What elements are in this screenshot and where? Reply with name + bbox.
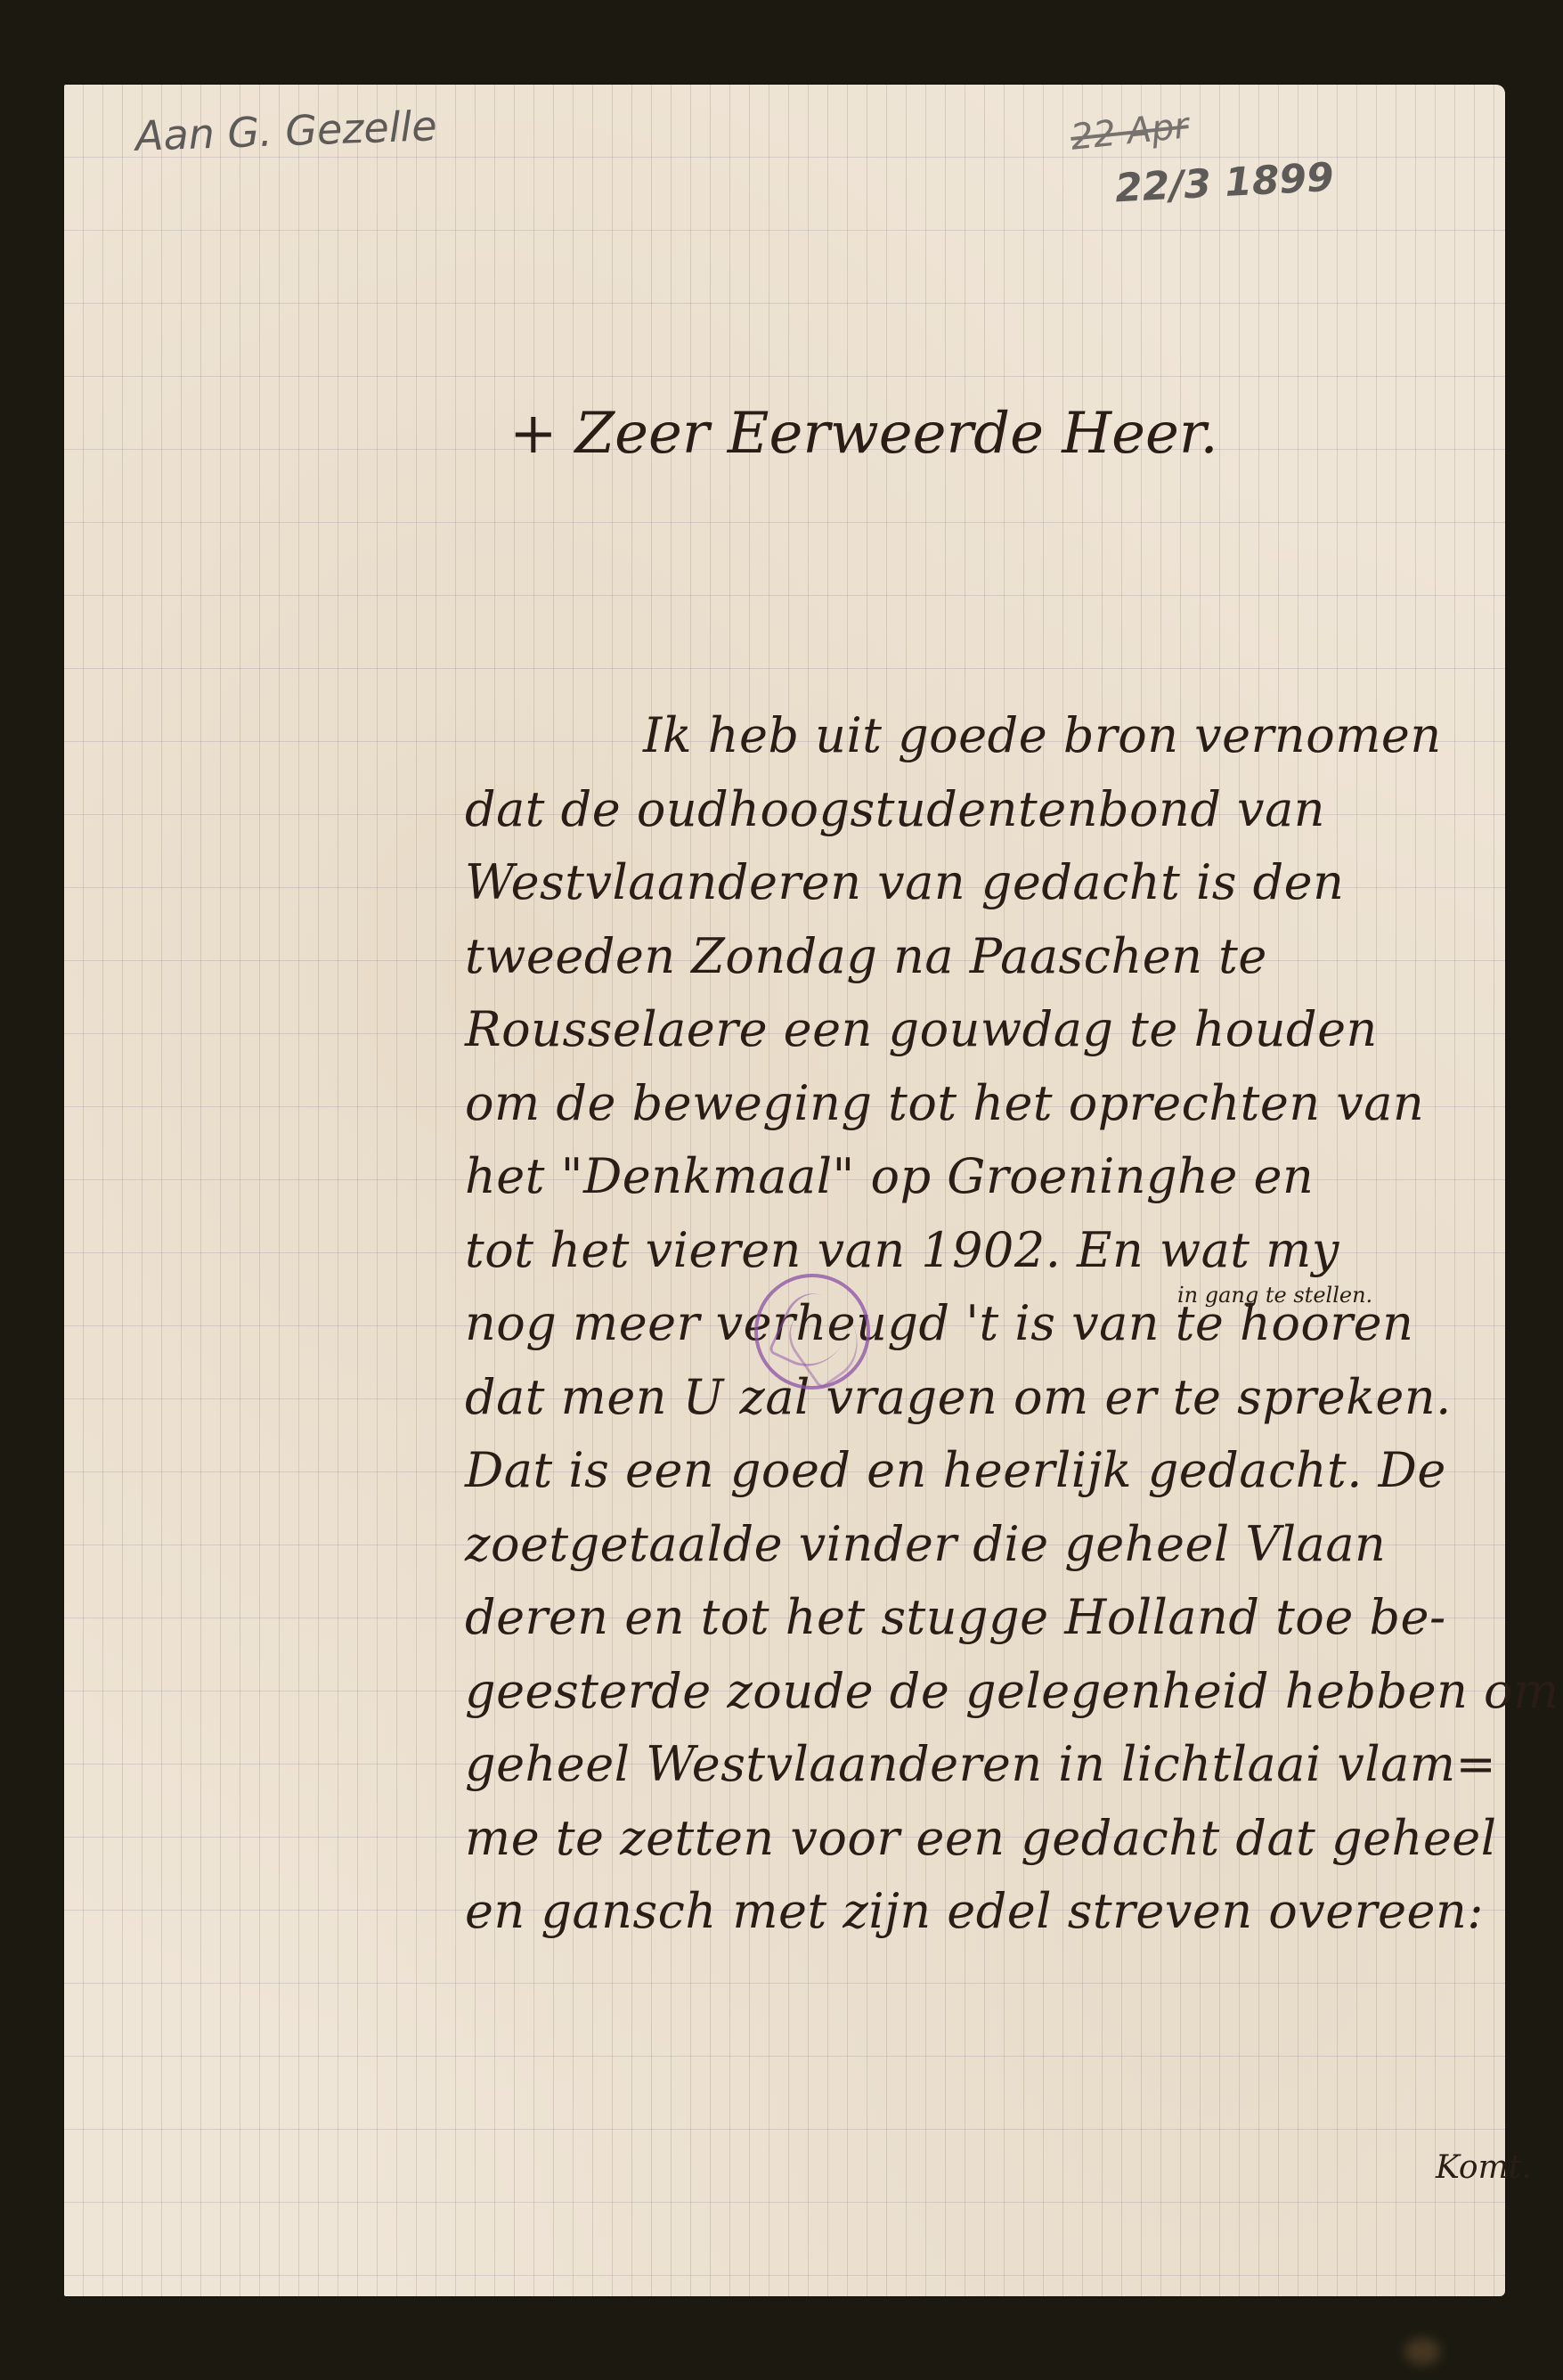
letter-page: Aan G. Gezelle 22 Apr 22/3 1899 +Zeer Ee… (64, 85, 1505, 2296)
salutation-text: Zeer Eerweerde Heer. (575, 401, 1218, 467)
cross-icon: + (509, 401, 558, 467)
stamp-icon (754, 1274, 870, 1390)
body-line: zoetgetaalde vinder die geheel Vlaan (465, 1508, 1498, 1582)
continuation-catchword: Komt. (1436, 2149, 1532, 2186)
salutation: +Zeer Eerweerde Heer. (509, 401, 1218, 467)
body-line: het "Denkmaal" op Groeninghe en (465, 1140, 1498, 1214)
paper-stain (1404, 2338, 1440, 2365)
body-line: en gansch met zijn edel streven overeen: (465, 1875, 1498, 1949)
body-line: dat de oudhoogstudentenbond van (465, 773, 1498, 847)
body-line: Dat is een goed en heerlijk gedacht. De (465, 1434, 1498, 1508)
body-line: tweeden Zondag na Paaschen te (465, 920, 1498, 994)
body-line: geesterde zoude de gelegenheid hebben om (465, 1655, 1498, 1729)
archive-date-struck: 22 Apr (1069, 105, 1191, 159)
interlinear-insertion: in gang te stellen. (1177, 1283, 1372, 1308)
body-line: Rousselaere een gouwdag te houden (465, 993, 1498, 1067)
letter-date: 22/3 1899 (1114, 155, 1335, 212)
addressee-note: Aan G. Gezelle (134, 102, 437, 160)
body-line: om de beweging tot het oprechten van (465, 1067, 1498, 1141)
letter-body: Ik heb uit goede bron vernomen dat de ou… (465, 699, 1498, 1949)
body-line: Westvlaanderen van gedacht is den (465, 846, 1498, 920)
body-line: dat men U zal vragen om er te spreken. (465, 1361, 1498, 1435)
body-line: Ik heb uit goede bron vernomen (465, 699, 1498, 773)
body-line: geheel Westvlaanderen in lichtlaai vlam= (465, 1728, 1498, 1802)
body-line: me te zetten voor een gedacht dat geheel (465, 1802, 1498, 1876)
body-line: tot het vieren van 1902. En wat my (465, 1214, 1498, 1288)
body-line: deren en tot het stugge Holland toe be- (465, 1581, 1498, 1655)
